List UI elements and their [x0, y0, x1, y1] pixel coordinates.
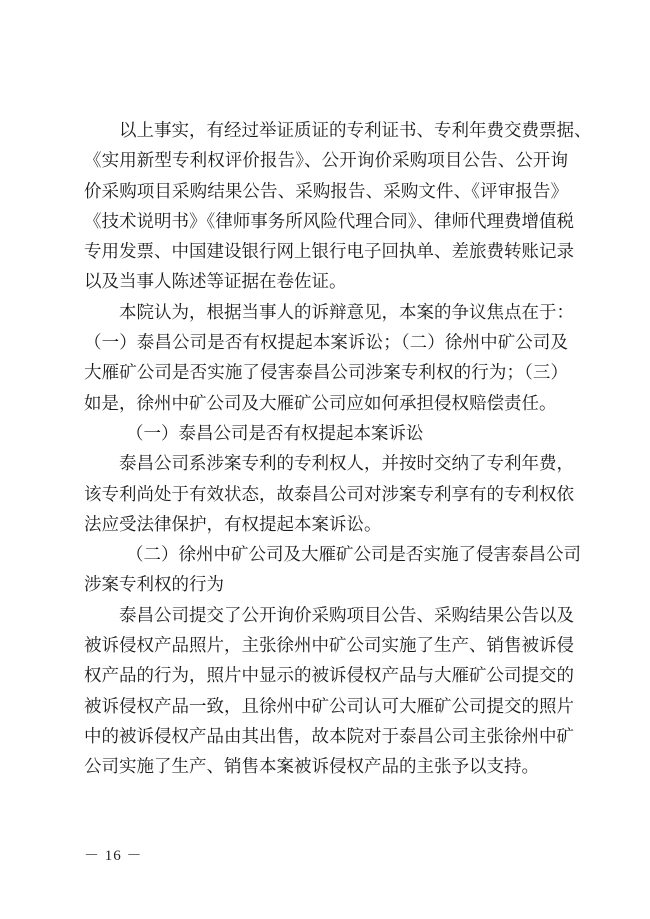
paragraph-standing-line-3: 法应受法律保护，有权提起本案诉讼。 [84, 510, 568, 540]
section-heading-2-line-1: （二）徐州中矿公司及大雁矿公司是否实施了侵害泰昌公司 [84, 540, 568, 570]
paragraph-evidence-line-3: 价采购项目采购结果公告、采购报告、采购文件、《评审报告》 [84, 177, 568, 207]
paragraph-standing-line-2: 该专利尚处于有效状态，故泰昌公司对涉案专利享有的专利权依 [84, 480, 568, 510]
page-number: － 16 － [84, 844, 143, 865]
section-heading-1: （一）泰昌公司是否有权提起本案诉讼 [84, 419, 568, 449]
paragraph-standing-line-1: 泰昌公司系涉案专利的专利权人，并按时交纳了专利年费， [84, 449, 568, 479]
paragraph-evidence-line-4: 《技术说明书》《律师事务所风险代理合同》、律师代理费增值税 [84, 207, 568, 237]
document-page: 以上事实，有经过举证质证的专利证书、专利年费交费票据、 《实用新型专利权评价报告… [0, 0, 650, 919]
paragraph-infringement-line-4: 被诉侵权产品一致，且徐州中矿公司认可大雁矿公司提交的照片 [84, 692, 568, 722]
paragraph-issues-line-3: 大雁矿公司是否实施了侵害泰昌公司涉案专利权的行为；（三） [84, 358, 568, 388]
paragraph-evidence-line-5: 专用发票、中国建设银行网上银行电子回执单、差旅费转账记录 [84, 237, 568, 267]
paragraph-evidence-line-1: 以上事实，有经过举证质证的专利证书、专利年费交费票据、 [84, 116, 568, 146]
paragraph-issues-line-2: （一）泰昌公司是否有权提起本案诉讼；（二）徐州中矿公司及 [84, 328, 568, 358]
section-heading-2-line-2: 涉案专利权的行为 [84, 570, 568, 600]
document-body: 以上事实，有经过举证质证的专利证书、专利年费交费票据、 《实用新型专利权评价报告… [84, 116, 568, 783]
paragraph-infringement-line-1: 泰昌公司提交了公开询价采购项目公告、采购结果公告以及 [84, 601, 568, 631]
paragraph-infringement-line-2: 被诉侵权产品照片，主张徐州中矿公司实施了生产、销售被诉侵 [84, 631, 568, 661]
paragraph-evidence-line-6: 以及当事人陈述等证据在卷佐证。 [84, 267, 568, 297]
paragraph-infringement-line-6: 公司实施了生产、销售本案被诉侵权产品的主张予以支持。 [84, 752, 568, 782]
paragraph-evidence-line-2: 《实用新型专利权评价报告》、公开询价采购项目公告、公开询 [84, 146, 568, 176]
paragraph-infringement-line-3: 权产品的行为，照片中显示的被诉侵权产品与大雁矿公司提交的 [84, 661, 568, 691]
paragraph-issues-line-1: 本院认为，根据当事人的诉辩意见，本案的争议焦点在于： [84, 298, 568, 328]
paragraph-issues-line-4: 如是，徐州中矿公司及大雁矿公司应如何承担侵权赔偿责任。 [84, 389, 568, 419]
paragraph-infringement-line-5: 中的被诉侵权产品由其出售，故本院对于泰昌公司主张徐州中矿 [84, 722, 568, 752]
